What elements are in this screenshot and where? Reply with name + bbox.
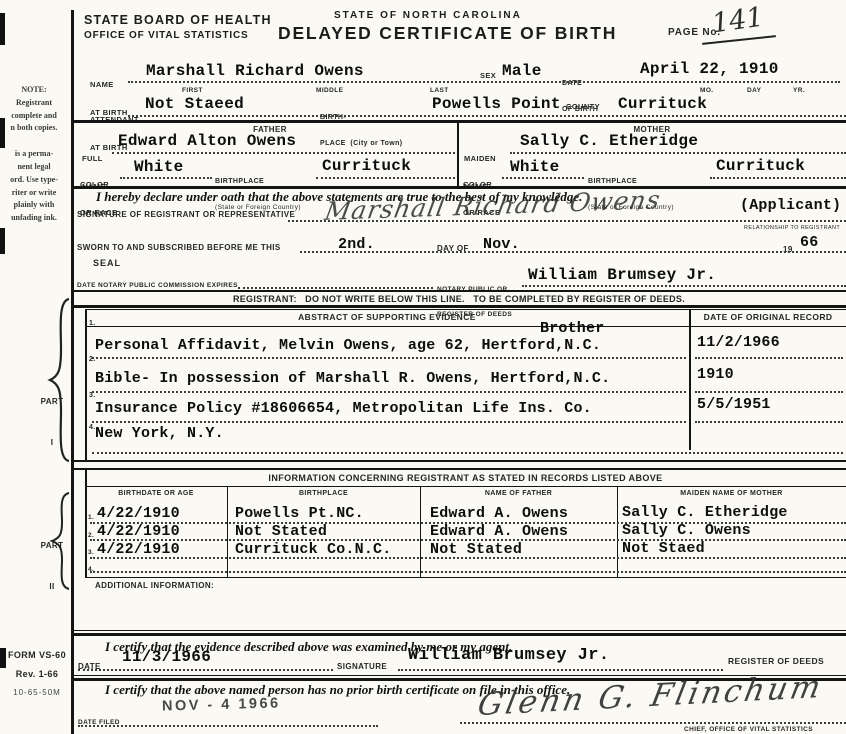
rule-heavy (71, 290, 846, 292)
rule-dotted (695, 421, 843, 423)
applicant-note: (Applicant) (740, 197, 841, 214)
part2-father: Edward A. Owens (430, 523, 568, 540)
sublabel-last: LAST (430, 87, 449, 95)
scan-artifact (0, 13, 5, 45)
rule-dotted (128, 81, 840, 83)
rule-dotted (238, 287, 433, 289)
form-left-border (71, 10, 74, 734)
rule-dotted (120, 177, 212, 179)
note-line: ord. Use type- (0, 174, 68, 187)
rule-dotted (92, 357, 686, 359)
note-line: nent legal (0, 161, 68, 174)
rule-heavy (71, 460, 846, 462)
state-line: STATE OF NORTH CAROLINA (334, 10, 522, 21)
rule-dotted (398, 669, 723, 671)
father-birthplace-value: Currituck (322, 157, 411, 175)
print-code: 10-65-50M (4, 688, 70, 697)
field-attendant-value: Not Staeed (145, 95, 244, 113)
part2-birthplace: Currituck Co.N.C. (235, 541, 391, 558)
sublabel-yr: YR. (793, 87, 805, 95)
chief-label: CHIEF, OFFICE OF VITAL STATISTICS (684, 726, 813, 734)
label-line: NAME (90, 80, 128, 89)
field-birthplace-value: Powells Point (432, 95, 561, 113)
birthplace-label: BIRTH- PLACE (City or Town) (320, 96, 403, 166)
note-line: unfading ink. (0, 212, 68, 225)
part1-header-underline (85, 326, 846, 327)
margin-note: NOTE: Registrant complete and n both cop… (0, 84, 68, 225)
part2-title: INFORMATION CONCERNING REGISTRANT AS STA… (85, 473, 846, 484)
sublabel-middle: MIDDLE (316, 87, 343, 95)
mother-name-value: Sally C. Etheridge (520, 132, 698, 150)
part1-row-date: 1910 (697, 366, 734, 383)
notary-expires-label: DATE NOTARY PUBLIC COMMISSION EXPIRES (77, 282, 238, 290)
registrant-signature-label: SIGNATURE OF REGISTRANT OR REPRESENTATIV… (77, 210, 295, 220)
mother-color-value: White (510, 158, 560, 176)
note-line: Registrant (0, 97, 68, 110)
label-line: BIRTHPLACE (215, 178, 301, 187)
mother-birthplace-value: Currituck (716, 157, 805, 175)
part1-row-note: Brother (540, 320, 604, 337)
notary-value: William Brumsey Jr. (528, 266, 716, 284)
part2-col-header: NAME OF FATHER (420, 490, 617, 499)
part2-col-divider (420, 486, 421, 578)
date-filed-stamp: NOV - 4 1966 (162, 695, 281, 714)
parent-divider (457, 122, 459, 186)
note-line: complete and (0, 110, 68, 123)
father-name-value: Edward Alton Owens (118, 132, 296, 150)
part1-date-divider (689, 309, 691, 450)
seal-label: SEAL (93, 258, 121, 269)
chief-signature-script: Glenn G. Flinchum (475, 669, 827, 723)
rule-heavy (71, 468, 846, 470)
rule-thin (71, 630, 846, 631)
part1-row-num: 1. (89, 320, 96, 329)
part1-row-text: New York, N.Y. (95, 425, 224, 442)
part1-row-date: 11/2/1966 (697, 334, 780, 351)
rule-dotted (78, 725, 378, 727)
part1-row-num: 2. (89, 356, 96, 365)
rule-dotted (90, 557, 846, 559)
part2-father: Edward A. Owens (430, 505, 568, 522)
rule-dotted (92, 391, 686, 393)
rule-dotted (695, 357, 843, 359)
cert1-signature-label: SIGNATURE (337, 662, 387, 672)
part1-row-text: Bible- In possession of Marshall R. Owen… (95, 370, 610, 387)
sworn-year-value: 66 (800, 234, 818, 251)
part1-box-top (85, 309, 846, 310)
label-line: PLACE (City or Town) (320, 140, 403, 149)
rule-dotted (288, 220, 846, 222)
rule-heavy (71, 120, 846, 123)
note-line: n both copies. (0, 122, 68, 135)
part2-brace (48, 491, 72, 591)
agency-office: OFFICE OF VITAL STATISTICS (84, 30, 249, 41)
part2-mother: Not Staed (622, 540, 705, 557)
part2-title-underline (85, 486, 846, 487)
sublabel-day: DAY (747, 87, 761, 95)
sublabel-mo: MO. (700, 87, 713, 95)
register-of-deeds-label: REGISTER OF DEEDS (728, 656, 824, 667)
part2-box-bottom (85, 577, 846, 578)
rule-heavy (71, 633, 846, 636)
note-line: NOTE: (0, 84, 68, 97)
cert1-date-value: 11/3/1966 (122, 648, 211, 666)
field-county-value: Currituck (618, 95, 707, 113)
county-label: COUNTY (566, 102, 600, 111)
part2-birthplace: Not Stated (235, 523, 327, 540)
rule-dotted (522, 285, 846, 287)
field-sex-value: Male (502, 62, 542, 80)
part2-row-num: 3. (88, 549, 94, 557)
part2-birthdate: 4/22/1910 (97, 505, 180, 522)
sex-label: SEX (480, 71, 496, 80)
form-number: FORM VS-60 (6, 650, 68, 661)
rule-dotted (510, 152, 846, 154)
part1-brace (46, 297, 72, 463)
rule-dotted (502, 177, 584, 179)
part2-mother: Sally C. Owens (622, 522, 751, 539)
rule-heavy (71, 305, 846, 308)
page-no-value: 141 (710, 2, 765, 40)
part1-box-left (85, 309, 87, 461)
part2-row-num: 1. (88, 514, 94, 522)
part2-col-header: MAIDEN NAME OF MOTHER (617, 490, 846, 499)
scanned-birth-certificate: NOTE: Registrant complete and n both cop… (0, 0, 846, 734)
part2-mother: Sally C. Etheridge (622, 504, 788, 521)
rule-dotted (316, 177, 455, 179)
rule-dotted (78, 669, 333, 671)
relationship-label: RELATIONSHIP TO REGISTRANT (744, 225, 840, 232)
rule-dotted (112, 152, 455, 154)
part2-birthplace: Powells Pt.NC. (235, 505, 364, 522)
rule-dotted (92, 421, 686, 423)
part2-col-divider (227, 486, 228, 578)
note-line: riter or write (0, 187, 68, 200)
part1-row-text: Insurance Policy #18606654, Metropolitan… (95, 400, 592, 417)
registrant-band-text: REGISTRANT: DO NOT WRITE BELOW THIS LINE… (72, 294, 846, 305)
scan-artifact (0, 228, 5, 254)
part2-box-left (85, 468, 87, 578)
note-line: is a perma- (0, 148, 68, 161)
agency-name: STATE BOARD OF HEALTH (84, 13, 272, 27)
part1-row-date: 5/5/1951 (697, 396, 771, 413)
rule-dotted (710, 177, 846, 179)
field-dob-value: April 22, 1910 (640, 60, 779, 78)
part2-father: Not Stated (430, 541, 522, 558)
cert1-signature-value: William Brumsey Jr. (408, 646, 609, 665)
label-line: DATE (562, 80, 598, 89)
part2-birthdate: 4/22/1910 (97, 523, 180, 540)
note-line: plainly with (0, 199, 68, 212)
part2-col-divider (617, 486, 618, 578)
part2-col-header: BIRTHDATE OR AGE (85, 490, 227, 499)
sublabel-first: FIRST (182, 87, 203, 95)
rule-dotted (300, 251, 846, 253)
field-name-at-birth-value: Marshall Richard Owens (146, 62, 364, 80)
additional-info-label: ADDITIONAL INFORMATION: (95, 581, 214, 591)
rule-dotted (92, 452, 843, 454)
rule-dotted (695, 391, 843, 393)
part1-row-text: Personal Affidavit, Melvin Owens, age 62… (95, 337, 601, 354)
year-prefix: 19 (783, 245, 793, 255)
form-revision: Rev. 1-66 (6, 669, 68, 680)
rule-dotted (460, 722, 846, 724)
father-color-value: White (134, 158, 184, 176)
part2-col-header: BIRTHPLACE (227, 490, 420, 499)
rule-dotted (128, 115, 846, 117)
part2-birthdate: 4/22/1910 (97, 541, 180, 558)
sworn-prefix: SWORN TO AND SUBSCRIBED BEFORE ME THIS (77, 243, 281, 253)
rule-dotted (90, 571, 846, 573)
part1-date-header: DATE OF ORIGINAL RECORD (690, 312, 846, 323)
certificate-title: DELAYED CERTIFICATE OF BIRTH (278, 23, 617, 44)
